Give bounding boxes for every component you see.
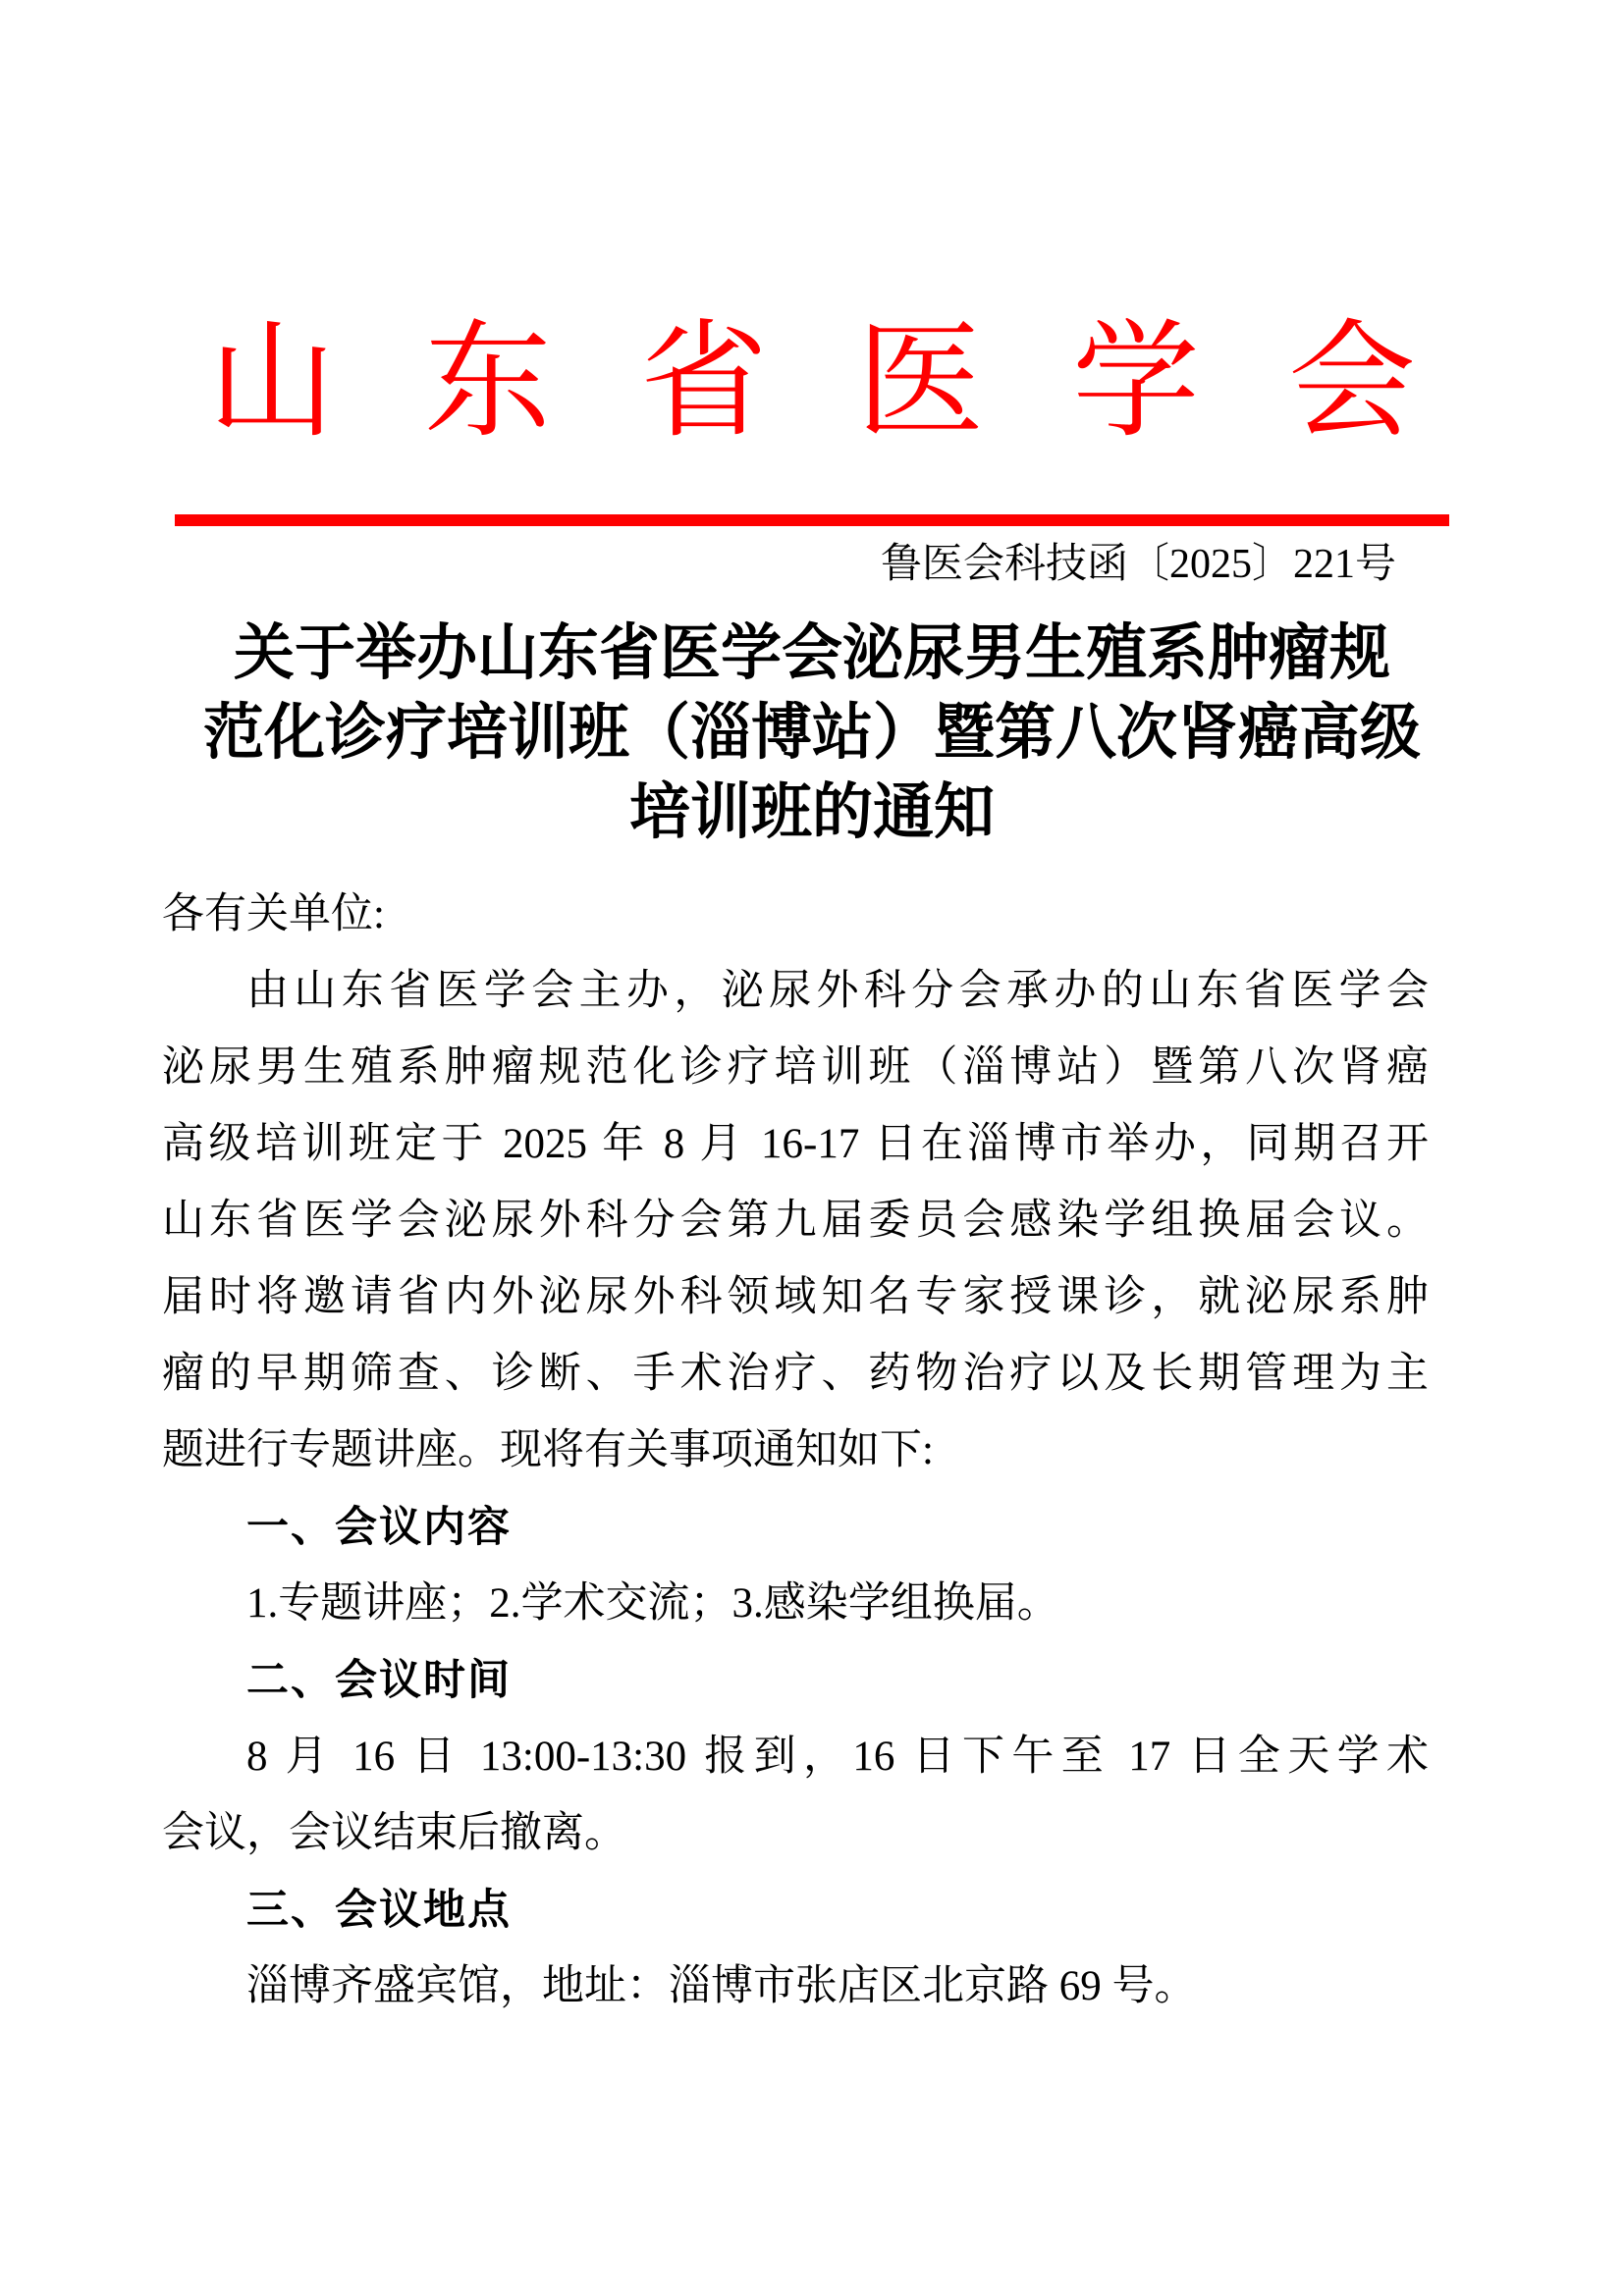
body-line: 淄博齐盛宾馆，地址：淄博市张店区北京路 69 号。 <box>162 1949 1429 2025</box>
red-header-divider <box>175 514 1449 526</box>
body-line: 届时将邀请省内外泌尿外科领域知名专家授课诊，就泌尿系肿 <box>162 1259 1429 1336</box>
section-heading-3: 三、会议地点 <box>162 1872 1429 1949</box>
body-line: 8 月 16 日 13:00-13:30 报到，16 日下午至 17 日全天学术 <box>162 1719 1429 1795</box>
salutation: 各有关单位: <box>162 877 1429 953</box>
body-line: 1.专题讲座；2.学术交流；3.感染学组换届。 <box>162 1566 1429 1642</box>
notice-title: 关于举办山东省医学会泌尿男生殖系肿瘤规 范化诊疗培训班（淄博站）暨第八次肾癌高级… <box>0 614 1624 853</box>
notice-body: 各有关单位: 由山东省医学会主办，泌尿外科分会承办的山东省医学会 泌尿男生殖系肿… <box>162 877 1429 2025</box>
doc-reference-number: 鲁医会科技函〔2025〕221号 <box>0 540 1624 589</box>
body-line: 高级培训班定于 2025 年 8 月 16-17 日在淄博市举办，同期召开 <box>162 1106 1429 1183</box>
body-line: 由山东省医学会主办，泌尿外科分会承办的山东省医学会 <box>162 953 1429 1030</box>
section-heading-1: 一、会议内容 <box>162 1489 1429 1566</box>
notice-title-line-1: 关于举办山东省医学会泌尿男生殖系肿瘤规 <box>0 614 1624 694</box>
body-line: 瘤的早期筛查、诊断、手术治疗、药物治疗以及长期管理为主 <box>162 1336 1429 1413</box>
notice-title-line-2: 范化诊疗培训班（淄博站）暨第八次肾癌高级 <box>0 694 1624 774</box>
section-heading-2: 二、会议时间 <box>162 1642 1429 1719</box>
body-line: 会议，会议结束后撤离。 <box>162 1795 1429 1872</box>
body-line: 泌尿男生殖系肿瘤规范化诊疗培训班（淄博站）暨第八次肾癌 <box>162 1030 1429 1106</box>
body-line: 题进行专题讲座。现将有关事项通知如下: <box>162 1413 1429 1489</box>
body-line: 山东省医学会泌尿外科分会第九届委员会感染学组换届会议。 <box>162 1183 1429 1259</box>
notice-title-line-3: 培训班的通知 <box>0 774 1624 853</box>
org-name-header: 山东省医学会 <box>0 0 1624 455</box>
document-page: 山东省医学会 鲁医会科技函〔2025〕221号 关于举办山东省医学会泌尿男生殖系… <box>0 0 1624 2296</box>
